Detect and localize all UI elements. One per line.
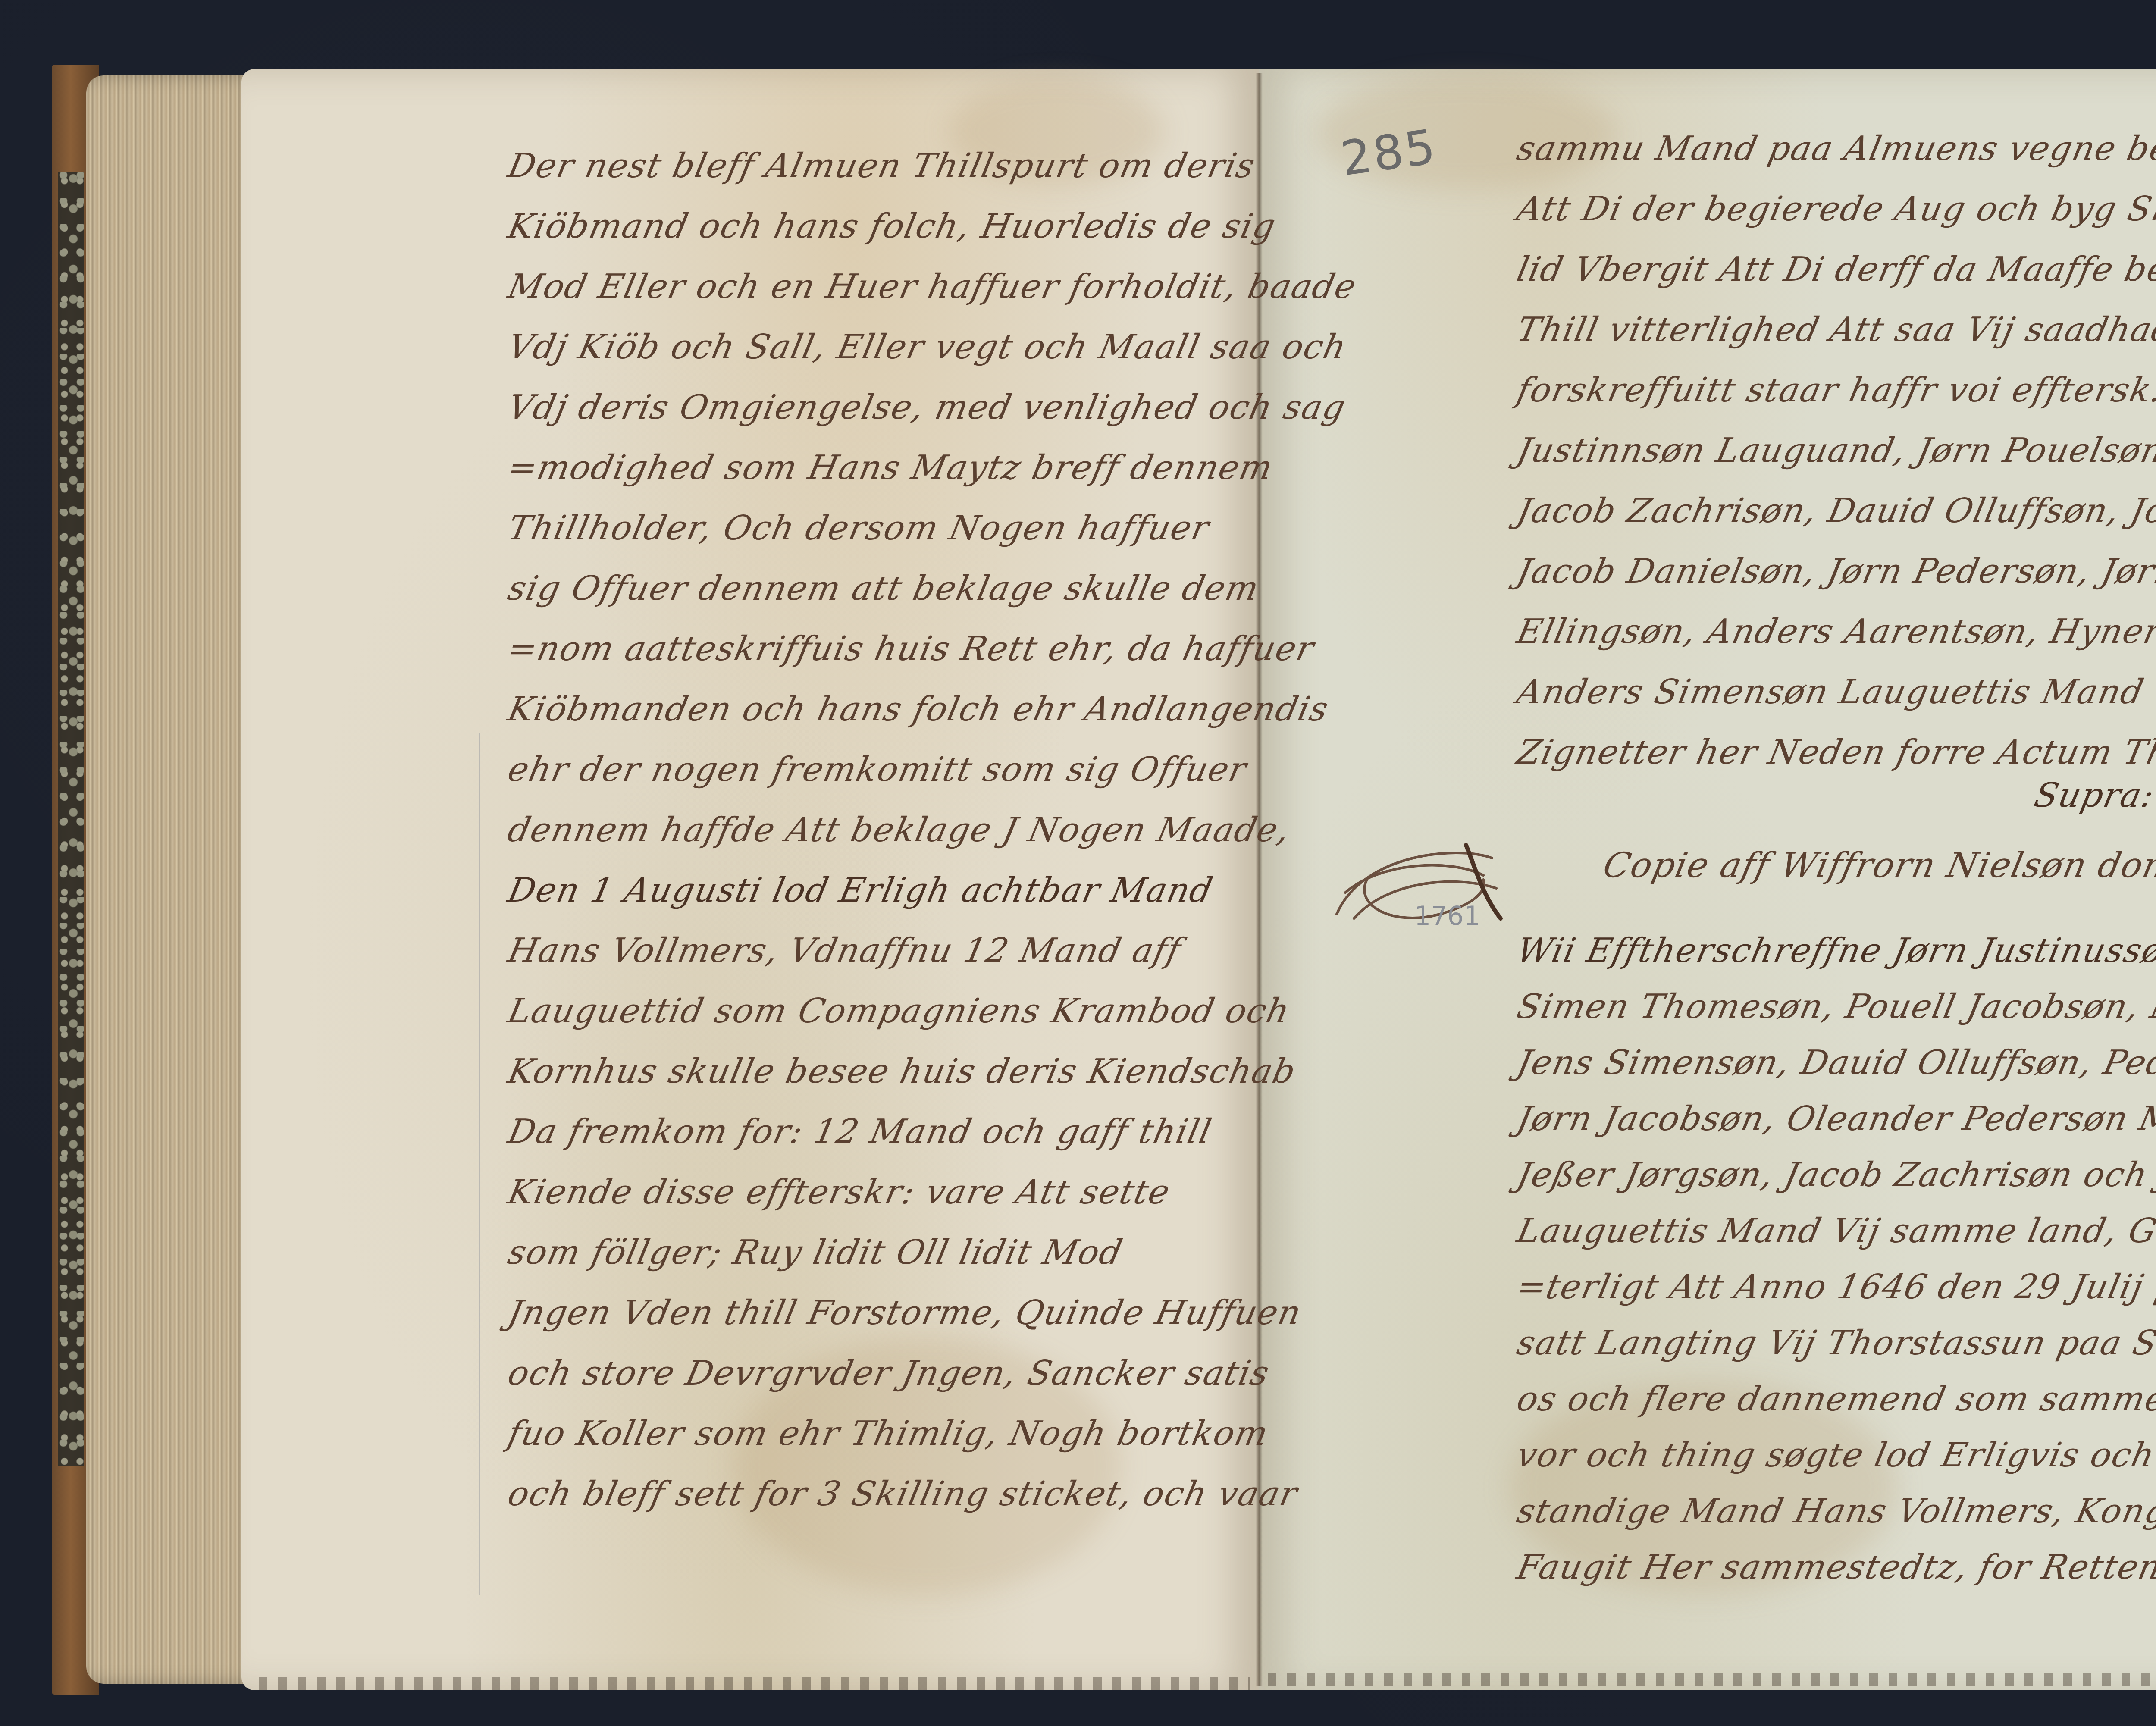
- manuscript-line: =nom aatteskriffuis huis Rett ehr, da ha…: [505, 630, 1318, 668]
- manuscript-line: sammu Mand paa Almuens vegne begierendis…: [1514, 129, 2156, 168]
- torn-page-edge: [259, 1677, 1250, 1690]
- marbled-paper-cover: [58, 172, 84, 1466]
- manuscript-line: och bleff sett for 3 Skilling sticket, o…: [505, 1475, 1301, 1513]
- manuscript-line: Vdj deris Omgiengelse, med venlighed och…: [505, 388, 1350, 427]
- manuscript-line: lid Vbergit Att Di derff da Maaffe bekom…: [1514, 250, 2156, 289]
- manuscript-line: Justinnsøn Lauguand, Jørn Pouelsøn, Ped …: [1514, 431, 2156, 470]
- manuscript-line: standige Mand Hans Vollmers, Kongl: May:…: [1514, 1492, 2156, 1531]
- manuscript-line: Kiöbmanden och hans folch ehr Andlangend…: [505, 690, 1332, 729]
- manuscript-line: vor och thing søgte lod Erligvis och vel…: [1514, 1436, 2156, 1475]
- manuscript-line: ehr der nogen fremkomitt som sig Offuer: [505, 750, 1250, 789]
- manuscript-line: Der nest bleff Almuen Thillspurt om deri…: [505, 147, 1259, 185]
- margin-rule-left: [479, 733, 480, 1595]
- manuscript-line: Kiöbmand och hans folch, Huorledis de si…: [505, 207, 1280, 246]
- manuscript-line: Jngen Vden thill Forstorme, Quinde Huffu…: [505, 1294, 1305, 1332]
- manuscript-line: Vdj Kiöb och Sall, Eller vegt och Maall …: [505, 328, 1351, 367]
- manuscript-line: forskreffuitt staar haffr voi efftersk: …: [1514, 371, 2156, 410]
- manuscript-line: Thillholder, Och dersom Nogen haffuer: [505, 509, 1213, 548]
- manuscript-line: Simen Thomesøn, Pouell Jacobsøn, Morten …: [1514, 987, 2156, 1026]
- manuscript-line: Kornhus skulle besee huis deris Kiendsch…: [505, 1052, 1300, 1091]
- manuscript-line: som föllger; Ruy lidit Oll lidit Mod: [505, 1233, 1126, 1272]
- pencil-marginal-number: 1761: [1414, 901, 1480, 931]
- manuscript-line: =terligt Att Anno 1646 den 29 Julij paa …: [1514, 1268, 2156, 1306]
- page-stack-left: [86, 75, 259, 1684]
- manuscript-line: Da fremkom for: 12 Mand och gaff thill: [505, 1112, 1216, 1151]
- manuscript-line: Ellingsøn, Anders Aarentsøn, Hyner Justi…: [1514, 612, 2156, 651]
- manuscript-line: Faugit Her sammestedtz, for Retten fremk…: [1514, 1548, 2156, 1587]
- manuscript-line: Anders Simensøn Lauguettis Mand Thrught,…: [1514, 673, 2156, 711]
- manuscript-line: Den 1 Augusti lod Erligh achtbar Mand: [505, 871, 1217, 910]
- manuscript-line: Jacob Danielsøn, Jørn Pedersøn, Jørn Thr…: [1514, 552, 2156, 591]
- manuscript-line: satt Langting Vij Thorstassun paa Strød …: [1514, 1324, 2156, 1363]
- manuscript-line: Jacob Zachrisøn, Dauid Olluffsøn, Johann…: [1514, 492, 2156, 530]
- manuscript-line: =modighed som Hans Maytz breff dennem: [505, 448, 1277, 487]
- manuscript-line: fuo Koller som ehr Thimlig, Nogh bortkom: [505, 1414, 1272, 1453]
- manuscript-line: Hans Vollmers, Vdnaffnu 12 Mand aff: [505, 931, 1185, 970]
- copy-heading: Copie aff Wiffrorn Nielsøn dom: [1600, 845, 2156, 885]
- manuscript-line: Kiende disse effterskr: vare Att sette: [505, 1173, 1174, 1212]
- torn-page-edge: [1268, 1673, 2156, 1686]
- manuscript-line: Jørn Jacobsøn, Oleander Pedersøn Morten …: [1514, 1100, 2156, 1138]
- manuscript-line: os och flere dannemend som samme dag til…: [1514, 1380, 2156, 1419]
- manuscript-line: sig Offuer dennem att beklage skulle dem: [505, 569, 1263, 608]
- supra-closing: Supra:: [2031, 776, 2156, 815]
- manuscript-line: Att Di der begierede Aug och byg Smallit…: [1514, 190, 2156, 229]
- manuscript-line: Wii Efftherschreffne Jørn Justinussøn La…: [1514, 931, 2156, 970]
- manuscript-line: Zignetter her Neden forre Actum Thorstas…: [1514, 733, 2156, 772]
- manuscript-line: Mod Eller och en Huer haffuer forholdit,…: [505, 267, 1360, 306]
- manuscript-line: Lauguettid som Compagniens Krambod och: [505, 992, 1294, 1031]
- manuscript-line: Thill vitterlighed Att saa Vij saadhad e…: [1514, 310, 2156, 349]
- manuscript-line: dennem haffde Att beklage J Nogen Maade,: [505, 811, 1294, 849]
- manuscript-line: Lauguettis Mand Vij samme land, Giörre v…: [1514, 1212, 2156, 1250]
- manuscript-line: och store Devrgrvder Jngen, Sancker sati…: [505, 1354, 1273, 1393]
- manuscript-line: Jeßer Jørgsøn, Jacob Zachrisøn och Jacob…: [1514, 1156, 2156, 1194]
- manuscript-line: Jens Simensøn, Dauid Olluffsøn, Ped Poue…: [1514, 1043, 2156, 1082]
